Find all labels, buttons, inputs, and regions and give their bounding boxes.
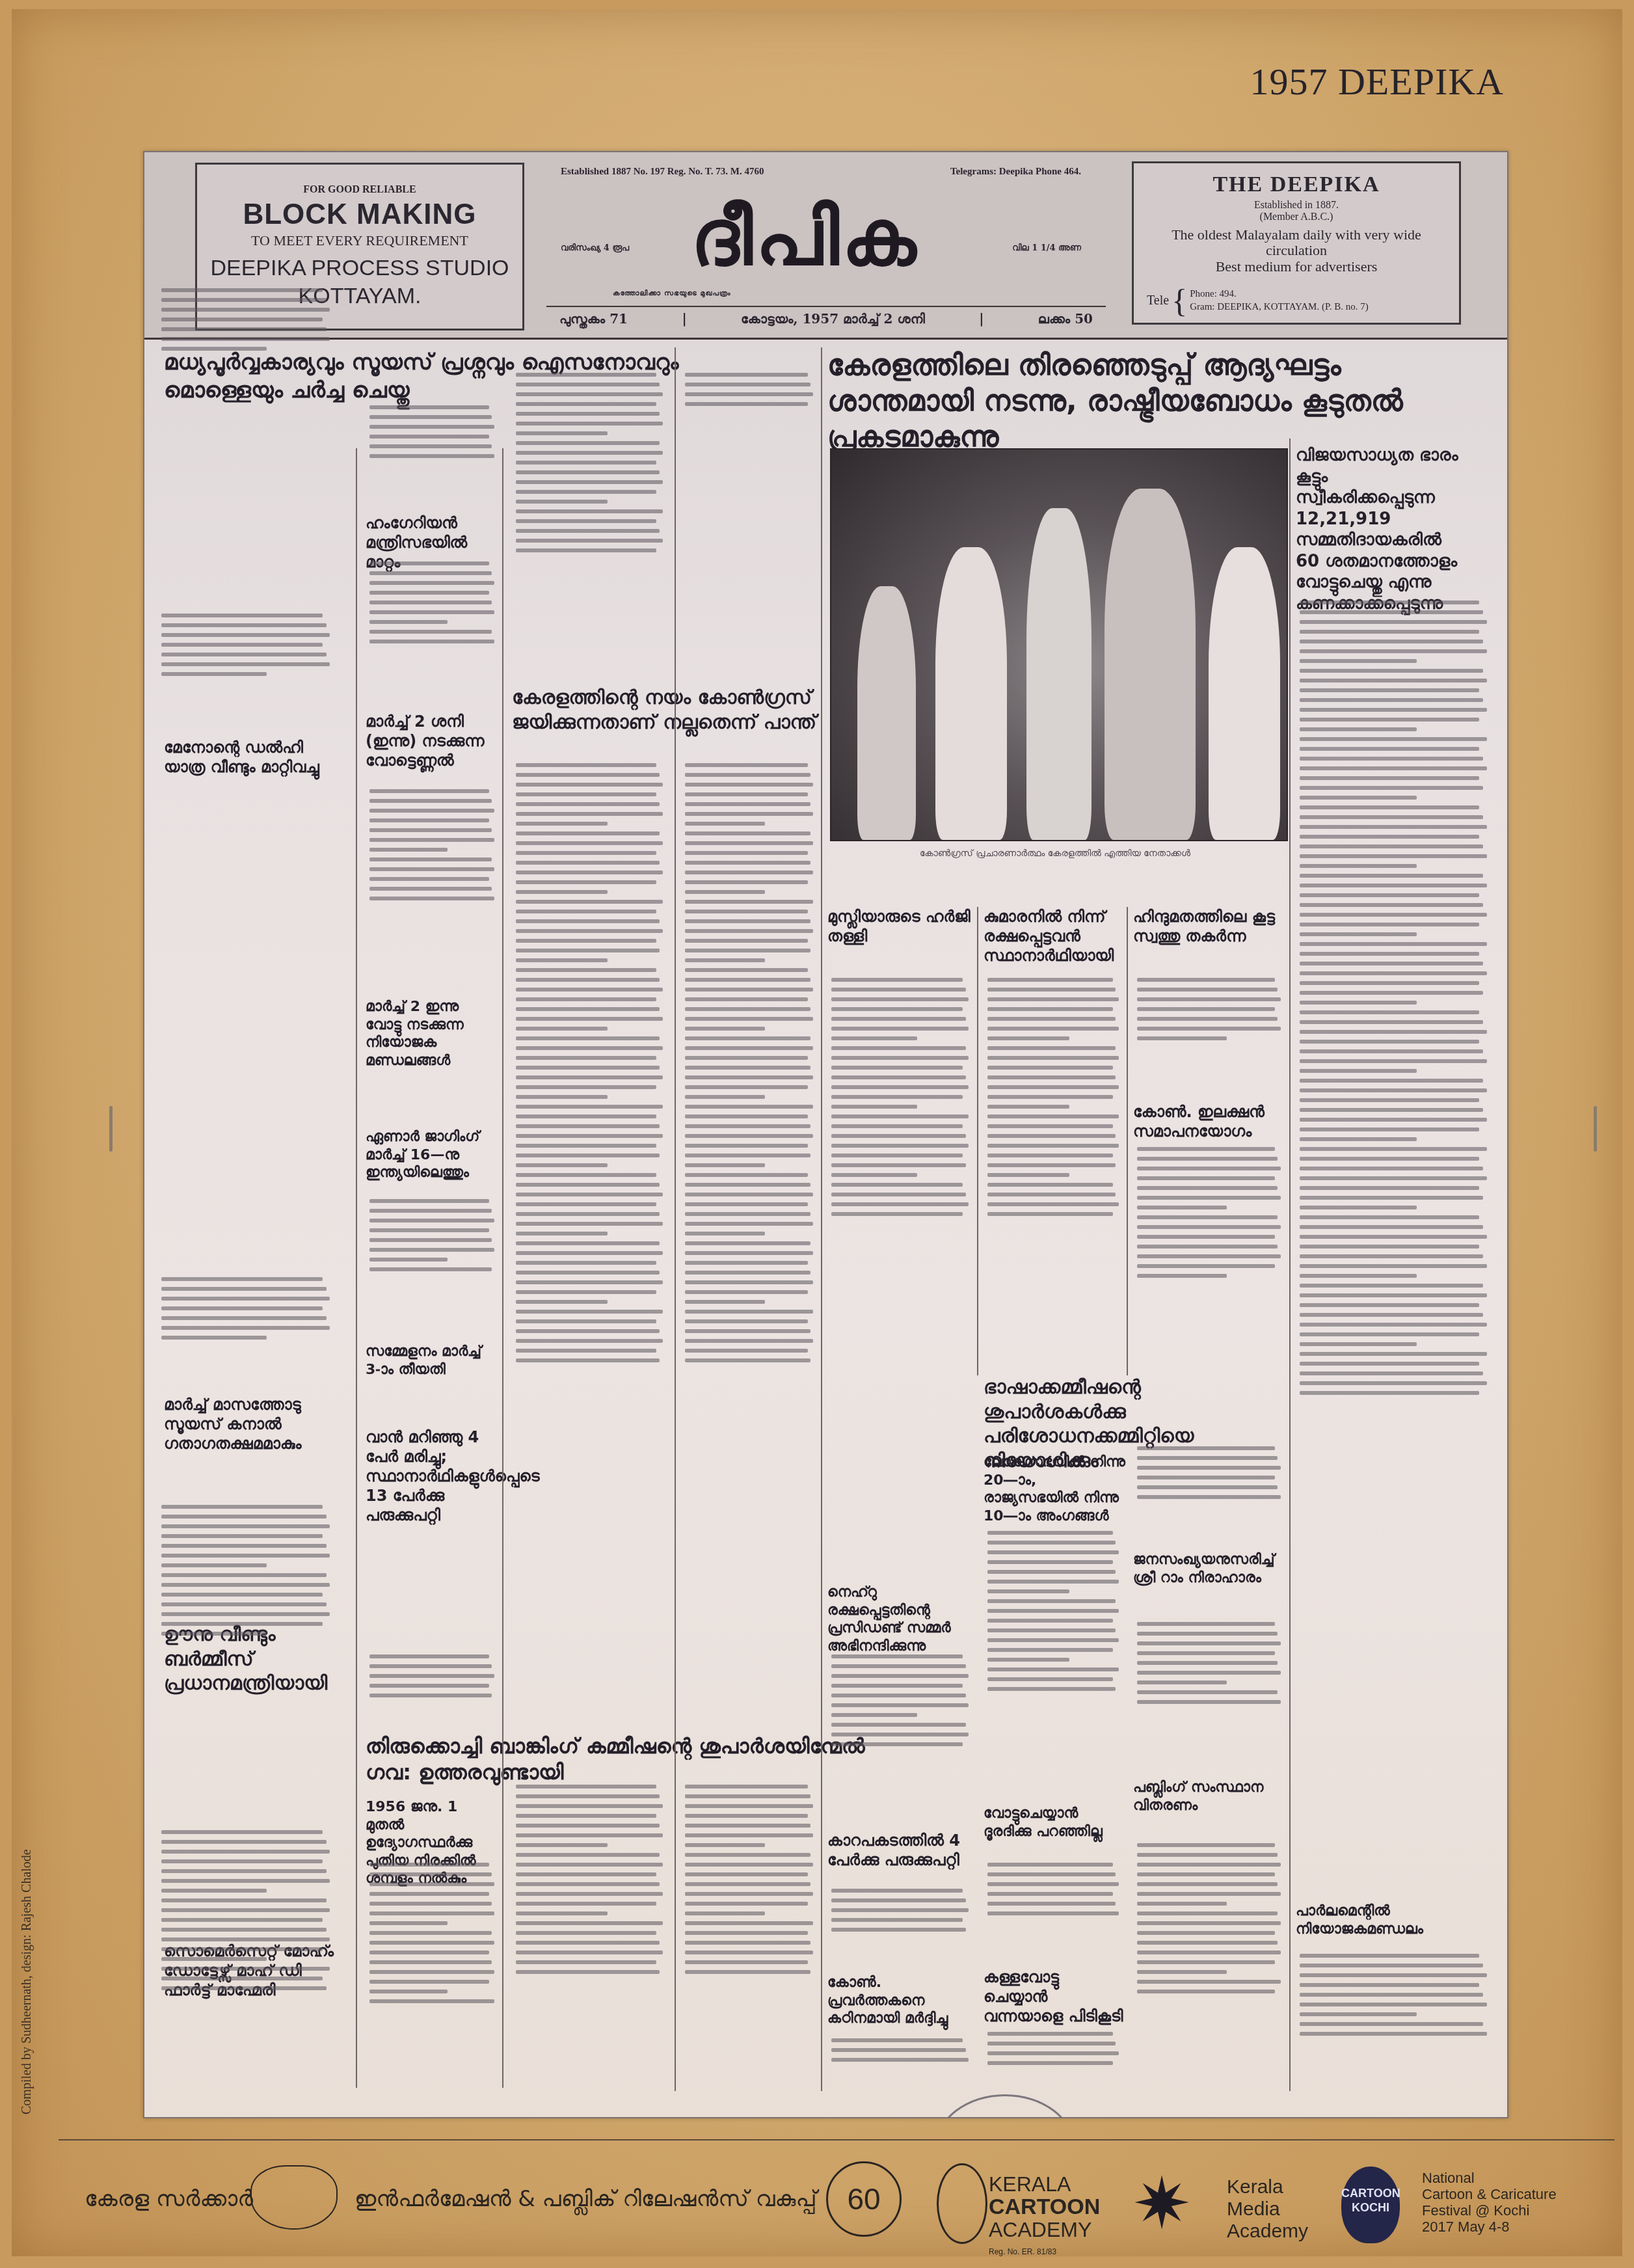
text-block: [1133, 1616, 1283, 1766]
column-rule: [675, 347, 676, 2091]
headline-distribution: പബ്ലിംഗ് സംസ്ഥാന വിതരണം: [1133, 1779, 1283, 1815]
phone: Phone: 494.: [1190, 288, 1369, 301]
masthead-center: Established 1887 No. 197 Reg. No. T. 73.…: [535, 152, 1120, 338]
tele-label: Tele: [1147, 293, 1169, 308]
headline-muslim: മുസ്ലിയാരുടെ ഹർജി തള്ളി: [827, 907, 971, 946]
text-block: [366, 399, 496, 504]
cartoon-academy-logo-icon: [937, 2163, 987, 2244]
text-block: [157, 1271, 333, 1388]
ad-line: BLOCK MAKING: [197, 198, 522, 231]
cartoon-festival-balloon-logo: CARTOON KOCHI: [1341, 2167, 1400, 2243]
ad-line: FOR GOOD RELIABLE: [197, 184, 522, 196]
subscription-price: വരിസംഖ്യ 4 രൂപ: [561, 243, 629, 253]
the-deepika-ad: THE DEEPIKA Established in 1887. (Member…: [1132, 161, 1461, 325]
tagline: കത്തോലിക്കാ സഭയുടെ മുഖപത്രം: [613, 289, 731, 298]
text-block: [157, 282, 333, 399]
deepika-logo: ദീപിക: [691, 193, 919, 284]
kma-line: Media: [1227, 2198, 1308, 2221]
text-block: [512, 1779, 665, 2091]
text-block: [984, 972, 1120, 1369]
headline-car-accident: കാറപകടത്തിൽ 4 പേർക്കു പരുക്കുപറ്റി: [827, 1831, 971, 1870]
column-rule: [1127, 907, 1128, 1375]
text-block: [366, 1857, 496, 2091]
main-headline-kerala-election: കേരളത്തിലെ തിരഞ്ഞെടുപ്പ് ആദ്യഘട്ടം ശാന്ത…: [827, 347, 1491, 455]
headline-nehru: നെഹ്റു രക്ഷപ്പെട്ടതിന്റെ പ്രസിഡണ്ട് സമ്മ…: [827, 1584, 971, 1655]
footer-divider: [59, 2139, 1614, 2140]
kottayam-postal-stamp: KOTTAYAM: [935, 2094, 1075, 2118]
festival-info: National Cartoon & Caricature Festival @…: [1422, 2170, 1557, 2235]
column-rule: [356, 448, 357, 2088]
kerala-emblem-icon: [250, 2165, 338, 2230]
headline-election-meeting: കോൺ. ഇലക്ഷൻ സമാപനയോഗം: [1133, 1102, 1283, 1141]
text-block: [827, 972, 971, 1375]
staple-mark: [109, 1106, 113, 1152]
kma-line: Kerala: [1227, 2176, 1308, 2198]
text-block: [681, 757, 814, 1727]
fest-line: Festival @ Kochi: [1422, 2202, 1557, 2219]
ad-line: TO MEET EVERY REQUIREMENT: [197, 232, 522, 249]
credit-line: Compiled by Sudheernath, design: Rajesh …: [20, 1849, 34, 2114]
headline-sammelanam: സമ്മേളനം മാർച്ച് 3-ാം തീയതി: [366, 1343, 496, 1379]
footer-logos: കേരള സർക്കാർ ഇൻഫർമേഷൻ & പബ്ലിക് റിലേഷൻസ്…: [0, 2147, 1634, 2245]
headline-constituencies: മാർച്ച് 2 ഇന്നു വോട്ടു നടക്കുന്ന നിയോജക …: [366, 998, 496, 1070]
fest-line: National: [1422, 2170, 1557, 2186]
kca-line: ACADEMY: [989, 2219, 1100, 2241]
sidebar-vote-count: വിജയസാധ്യത ഭാരം കൂട്ടും സ്വീകരിക്കപ്പെടു…: [1296, 445, 1458, 614]
headline-sri-ram: ജനസംഖ്യയനുസരിച്ച് ശ്രീ റാം നിരാഹാരം: [1133, 1551, 1283, 1587]
kca-line: CARTOON: [989, 2195, 1100, 2219]
ad-line: The oldest Malayalam daily with very wid…: [1134, 227, 1459, 258]
column-rule: [977, 907, 978, 1375]
text-block: [1296, 1948, 1491, 2091]
ad-line: (Member A.B.C.): [1134, 211, 1459, 223]
text-block: [1296, 595, 1491, 1883]
headline-van-accident: വാൻ മറിഞ്ഞു 4 പേർ മരിച്ചു; സ്ഥാനാർഥികളുൾ…: [366, 1427, 496, 1525]
text-block: [1133, 1141, 1283, 1369]
media-academy-star-icon: ✷: [1132, 2168, 1192, 2239]
masthead: FOR GOOD RELIABLE BLOCK MAKING TO MEET E…: [144, 152, 1507, 340]
telegram-line: Telegrams: Deepika Phone 464.: [950, 167, 1081, 178]
ad-line: Established in 1887.: [1134, 200, 1459, 211]
kca-reg: Reg. No. ER. 81/83: [989, 2247, 1100, 2256]
text-block: [681, 1779, 814, 2091]
headline-ennar: ഏണാർ ജാഗിംഗ് മാർച്ച് 16—നു ഇന്ത്യയിലെത്ത…: [366, 1128, 496, 1182]
text-block: [366, 1649, 496, 1727]
kca-line: KERALA: [989, 2173, 1100, 2195]
column-rule: [502, 448, 503, 2088]
page-title: 1957 DEEPIKA: [1250, 60, 1504, 103]
text-block: [157, 608, 333, 725]
kerala-government-label: കേരള സർക്കാർ: [85, 2186, 253, 2212]
news-photo-leaders: [830, 448, 1288, 841]
kerala-cartoon-academy: KERALA CARTOON ACADEMY Reg. No. ER. 81/8…: [989, 2173, 1100, 2256]
photo-caption: കോൺഗ്രസ് പ്രചാരണാർത്ഥം കേരളത്തിൽ എത്തിയ …: [834, 848, 1276, 859]
text-block: [366, 1193, 496, 1330]
text-block: [681, 367, 814, 439]
text-block: [512, 757, 665, 1727]
headline-hindu: ഹിന്ദുമതത്തിലെ കൂട്ട സ്വത്തു തകർന്ന: [1133, 907, 1283, 946]
newspaper-page: FOR GOOD RELIABLE BLOCK MAKING TO MEET E…: [143, 151, 1508, 2118]
fest-line: Cartoon & Caricature: [1422, 2186, 1557, 2202]
text-block: [984, 1525, 1120, 1792]
headline-congress-worker: കോൺ. പ്രവർത്തകനെ കഠിനമായി മർദ്ദിച്ചു: [827, 1974, 971, 2028]
kma-line: Academy: [1227, 2221, 1308, 2243]
kerala-media-academy: Kerala Media Academy: [1227, 2176, 1308, 2243]
text-block: [827, 1883, 971, 1961]
headline-fake-vote: കള്ളവോട്ടു ചെയ്യാൻ വന്നയാളെ പിടികൂടി: [984, 1967, 1127, 2026]
issue-number: ലക്കം 50: [1038, 311, 1093, 327]
headline-menon: മേനോന്റെ ഡൽഹി യാത്ര വീണ്ടും മാറ്റിവച്ചു: [164, 738, 320, 777]
headline-vote: വോട്ടുചെയ്യാൻ ദൂരദിക്കു പറഞ്ഞില്ല: [984, 1805, 1127, 1841]
volume-number: പുസ്തകം 71: [559, 311, 628, 327]
text-block: [512, 367, 665, 673]
text-block: [1133, 972, 1283, 1089]
text-block: [366, 556, 496, 699]
prd-department-label: ഇൻഫർമേഷൻ & പബ്ലിക് റിലേഷൻസ് വകുപ്പ്: [355, 2186, 817, 2212]
ad-line: DEEPIKA PROCESS STUDIO: [197, 256, 522, 281]
headline-lok-sabha: ലോകസഭയിൽ നിന്നു 20—ാം, രാജ്യസഭയിൽ നിന്നു…: [984, 1453, 1127, 1525]
ad-contact: Tele { Phone: 494. Gram: DEEPIKA, KOTTAY…: [1147, 288, 1369, 314]
text-block: [157, 1824, 333, 2091]
text-block: [827, 2032, 971, 2091]
headline-banking: തിരുക്കൊച്ചി ബാങ്കിംഗ് കമ്മീഷന്റെ ശുപാർശ…: [366, 1733, 899, 1785]
dateline: പുസ്തകം 71 | കോട്ടയം, 1957 മാർച്ച് 2 ശനി…: [546, 306, 1106, 331]
text-block: [1133, 1837, 1283, 2091]
text-block: [827, 1649, 971, 1818]
single-copy-price: വില 1 1/4 അണ: [1012, 243, 1081, 253]
headline-parliament: പാർലമെന്റിൽ നിയോജകമണ്ഡലം: [1296, 1902, 1458, 1938]
column-rule: [821, 347, 822, 2091]
text-block: [366, 783, 496, 985]
established-line: Established 1887 No. 197 Reg. No. T. 73.…: [561, 167, 764, 178]
telegram-address: Gram: DEEPIKA, KOTTAYAM. (P. B. no. 7): [1190, 301, 1369, 314]
text-block: [984, 1857, 1120, 1954]
ad-title: THE DEEPIKA: [1134, 172, 1459, 197]
headline-congress: കേരളത്തിന്റെ നയം കോൺഗ്രസ് ജയിക്കുന്നതാണ്…: [512, 686, 818, 735]
headline-suez: മാർച്ച് മാസത്തോടു സൂയസ് കനാൽ ഗതാഗതക്ഷമമാ…: [164, 1395, 333, 1453]
text-block: [984, 2026, 1120, 2091]
text-block: [157, 1499, 333, 1727]
text-block: [1133, 1440, 1283, 1538]
column-rule: [1289, 439, 1291, 2091]
issue-date: കോട്ടയം, 1957 മാർച്ച് 2 ശനി: [741, 311, 925, 327]
fest-line: 2017 May 4-8: [1422, 2219, 1557, 2235]
ad-line: Best medium for advertisers: [1134, 258, 1459, 275]
headline-voting: മാർച്ച് 2 ശനി (ഇന്നു) നടക്കുന്ന വോട്ടെണ്…: [366, 712, 496, 770]
headline-kumaran: കുമാരനിൽ നിന്ന് രക്ഷപ്പെട്ടവൻ സ്ഥാനാർഥിയ…: [984, 907, 1127, 965]
staple-mark: [1594, 1106, 1597, 1152]
kerala-60-logo: 60: [826, 2161, 902, 2237]
